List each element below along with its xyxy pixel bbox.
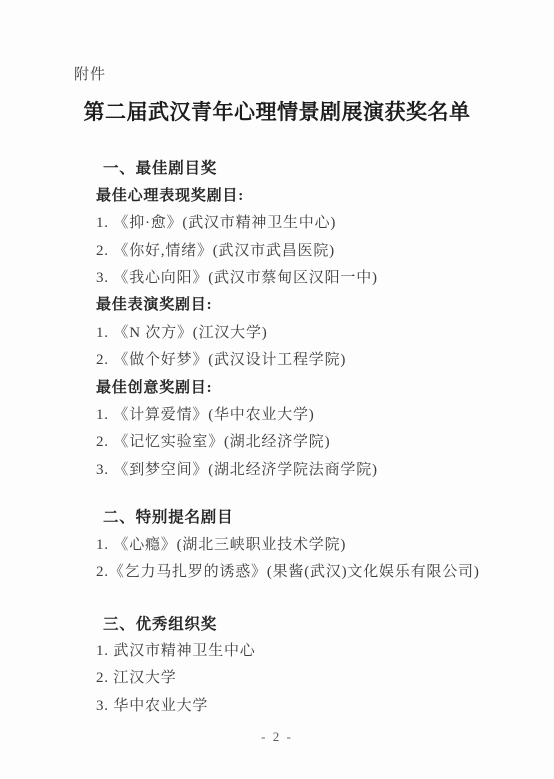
award-item: 1. 《N 次方》(江汉大学)	[96, 320, 524, 347]
award-item: 3. 《到梦空间》(湖北经济学院法商学院)	[96, 457, 524, 484]
document-body: 一、最佳剧目奖 最佳心理表现奖剧目: 1. 《抑·愈》(武汉市精神卫生中心) 2…	[96, 155, 524, 720]
section-best-drama-award: 一、最佳剧目奖 最佳心理表现奖剧目: 1. 《抑·愈》(武汉市精神卫生中心) 2…	[96, 155, 524, 484]
attachment-label: 附件	[74, 62, 554, 89]
subsection-heading: 最佳表演奖剧目:	[96, 292, 524, 319]
award-item: 1. 《抑·愈》(武汉市精神卫生中心)	[96, 210, 524, 237]
document-page: 附件 第二届武汉青年心理情景剧展演获奖名单 一、最佳剧目奖 最佳心理表现奖剧目:…	[0, 0, 554, 779]
section-heading-best-drama: 一、最佳剧目奖	[103, 155, 524, 182]
subsection-heading: 最佳心理表现奖剧目:	[96, 183, 524, 210]
award-item: 3. 华中农业大学	[96, 693, 524, 720]
subsection-best-acting: 最佳表演奖剧目: 1. 《N 次方》(江汉大学) 2. 《做个好梦》(武汉设计工…	[96, 292, 524, 374]
section-special-mention: 二、特别提名剧目 1. 《心瘾》(湖北三峡职业技术学院) 2.《乞力马扎罗的诱惑…	[96, 504, 524, 586]
award-item: 2. 《记忆实验室》(湖北经济学院)	[96, 429, 524, 456]
award-item: 2.《乞力马扎罗的诱惑》(果酱(武汉)文化娱乐有限公司)	[96, 559, 524, 586]
award-item: 2. 江汉大学	[96, 665, 524, 692]
subsection-best-creativity: 最佳创意奖剧目: 1. 《计算爱情》(华中农业大学) 2. 《记忆实验室》(湖北…	[96, 375, 524, 485]
award-item: 1. 武汉市精神卫生中心	[96, 638, 524, 665]
section-heading-special-mention: 二、特别提名剧目	[103, 504, 524, 531]
document-title: 第二届武汉青年心理情景剧展演获奖名单	[0, 97, 554, 127]
award-item: 1. 《心瘾》(湖北三峡职业技术学院)	[96, 532, 524, 559]
page-number: - 2 -	[0, 729, 554, 745]
subsection-best-psychological-performance: 最佳心理表现奖剧目: 1. 《抑·愈》(武汉市精神卫生中心) 2. 《你好,情绪…	[96, 183, 524, 293]
section-heading-excellent-organization: 三、优秀组织奖	[103, 611, 524, 638]
award-item: 2. 《你好,情绪》(武汉市武昌医院)	[96, 238, 524, 265]
subsection-heading: 最佳创意奖剧目:	[96, 375, 524, 402]
award-item: 1. 《计算爱情》(华中农业大学)	[96, 402, 524, 429]
award-item: 3. 《我心向阳》(武汉市蔡甸区汉阳一中)	[96, 265, 524, 292]
award-item: 2. 《做个好梦》(武汉设计工程学院)	[96, 347, 524, 374]
section-excellent-organization: 三、优秀组织奖 1. 武汉市精神卫生中心 2. 江汉大学 3. 华中农业大学	[96, 611, 524, 721]
